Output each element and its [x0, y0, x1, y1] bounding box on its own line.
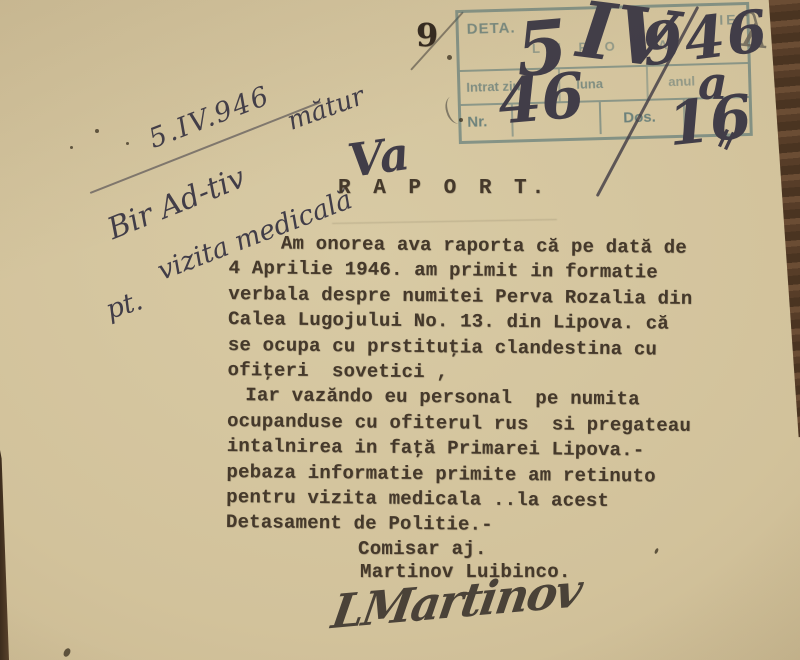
stamp-org-left: DETA.: [466, 19, 515, 37]
document-photo: 9 DETA. ȚIE L I P O V A Intrat ziua luna…: [0, 0, 800, 660]
report-body: Am onorea ava raporta că pe dată de 4 Ap…: [226, 231, 693, 541]
pencil-dot: [459, 118, 463, 122]
margin-note-word: mătur: [283, 81, 368, 136]
ink-speck: [126, 142, 129, 145]
report-title: R A P O R T.: [338, 177, 549, 200]
ink-speck: [62, 647, 72, 658]
margin-note-abbr: pt.: [102, 285, 147, 326]
ink-speck: [654, 548, 659, 555]
ink-speck: [70, 146, 73, 149]
table-surface-top-right: [766, 0, 800, 446]
signoff-role: Comisar aj.: [358, 538, 487, 560]
ink-speck: [95, 129, 99, 133]
period-dot: [447, 55, 452, 60]
body-line: Detasament de Politie.-: [226, 510, 690, 540]
faint-underline: [332, 219, 557, 224]
table-surface-left-edge: [0, 450, 9, 660]
handwritten-nr-value: 46: [495, 58, 587, 138]
